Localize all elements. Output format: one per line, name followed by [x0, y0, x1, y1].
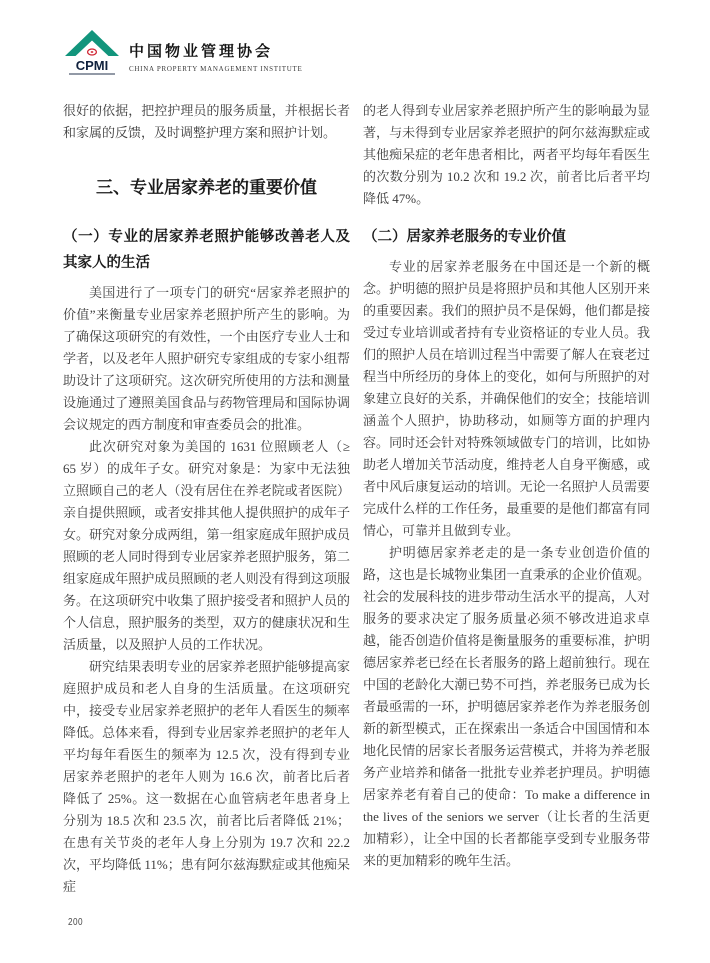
right-column: 的老人得到专业居家养老照护所产生的影响最为显著，与未得到专业居家养老照护的阿尔兹… — [363, 100, 650, 898]
section-title: 三、专业居家养老的重要价值 — [63, 176, 350, 200]
left-column: 很好的依据，把控护理员的服务质量，并根据长者和家属的反馈，及时调整护理方案和照护… — [63, 100, 350, 898]
subsection-title-1: （一）专业的居家养老照护能够改善老人及其家人的生活 — [63, 224, 350, 276]
two-column-text-area: 很好的依据，把控护理员的服务质量，并根据长者和家属的反馈，及时调整护理方案和照护… — [63, 100, 650, 898]
paragraph: 研究结果表明专业的居家养老照护能够提高家庭照护成员和老人自身的生活质量。在这项研… — [63, 656, 350, 898]
paragraph: 护明德居家养老走的是一条专业创造价值的路，这也是长城物业集团一直秉承的企业价值观… — [363, 542, 650, 872]
organization-logo: CPMI 中国物业管理协会 CHINA PROPERTY MANAGEMENT … — [64, 29, 303, 76]
page-number: 200 — [68, 917, 83, 928]
paragraph: 美国进行了一项专门的研究“居家养老照护的价值”来衡量专业居家养老照护所产生的影响… — [63, 282, 350, 436]
cpmi-roof-icon: CPMI — [64, 29, 120, 76]
subsection-title-2: （二）居家养老服务的专业价值 — [363, 224, 650, 250]
logo-english-name: CHINA PROPERTY MANAGEMENT INSTITUTE — [129, 65, 303, 73]
paragraph-continuation: 很好的依据，把控护理员的服务质量，并根据长者和家属的反馈，及时调整护理方案和照护… — [63, 100, 350, 144]
paragraph: 专业的居家养老服务在中国还是一个新的概念。护明德的照护员是将照护员和其他人区别开… — [363, 256, 650, 542]
paragraph: 此次研究对象为美国的 1631 位照顾老人（≥ 65 岁）的成年子女。研究对象是… — [63, 436, 350, 656]
logo-abbr: CPMI — [76, 58, 109, 73]
logo-chinese-name: 中国物业管理协会 — [129, 40, 303, 61]
logo-text: 中国物业管理协会 CHINA PROPERTY MANAGEMENT INSTI… — [129, 29, 303, 73]
paragraph-continuation: 的老人得到专业居家养老照护所产生的影响最为显著，与未得到专业居家养老照护的阿尔兹… — [363, 100, 650, 210]
document-page: CPMI 中国物业管理协会 CHINA PROPERTY MANAGEMENT … — [0, 0, 710, 963]
